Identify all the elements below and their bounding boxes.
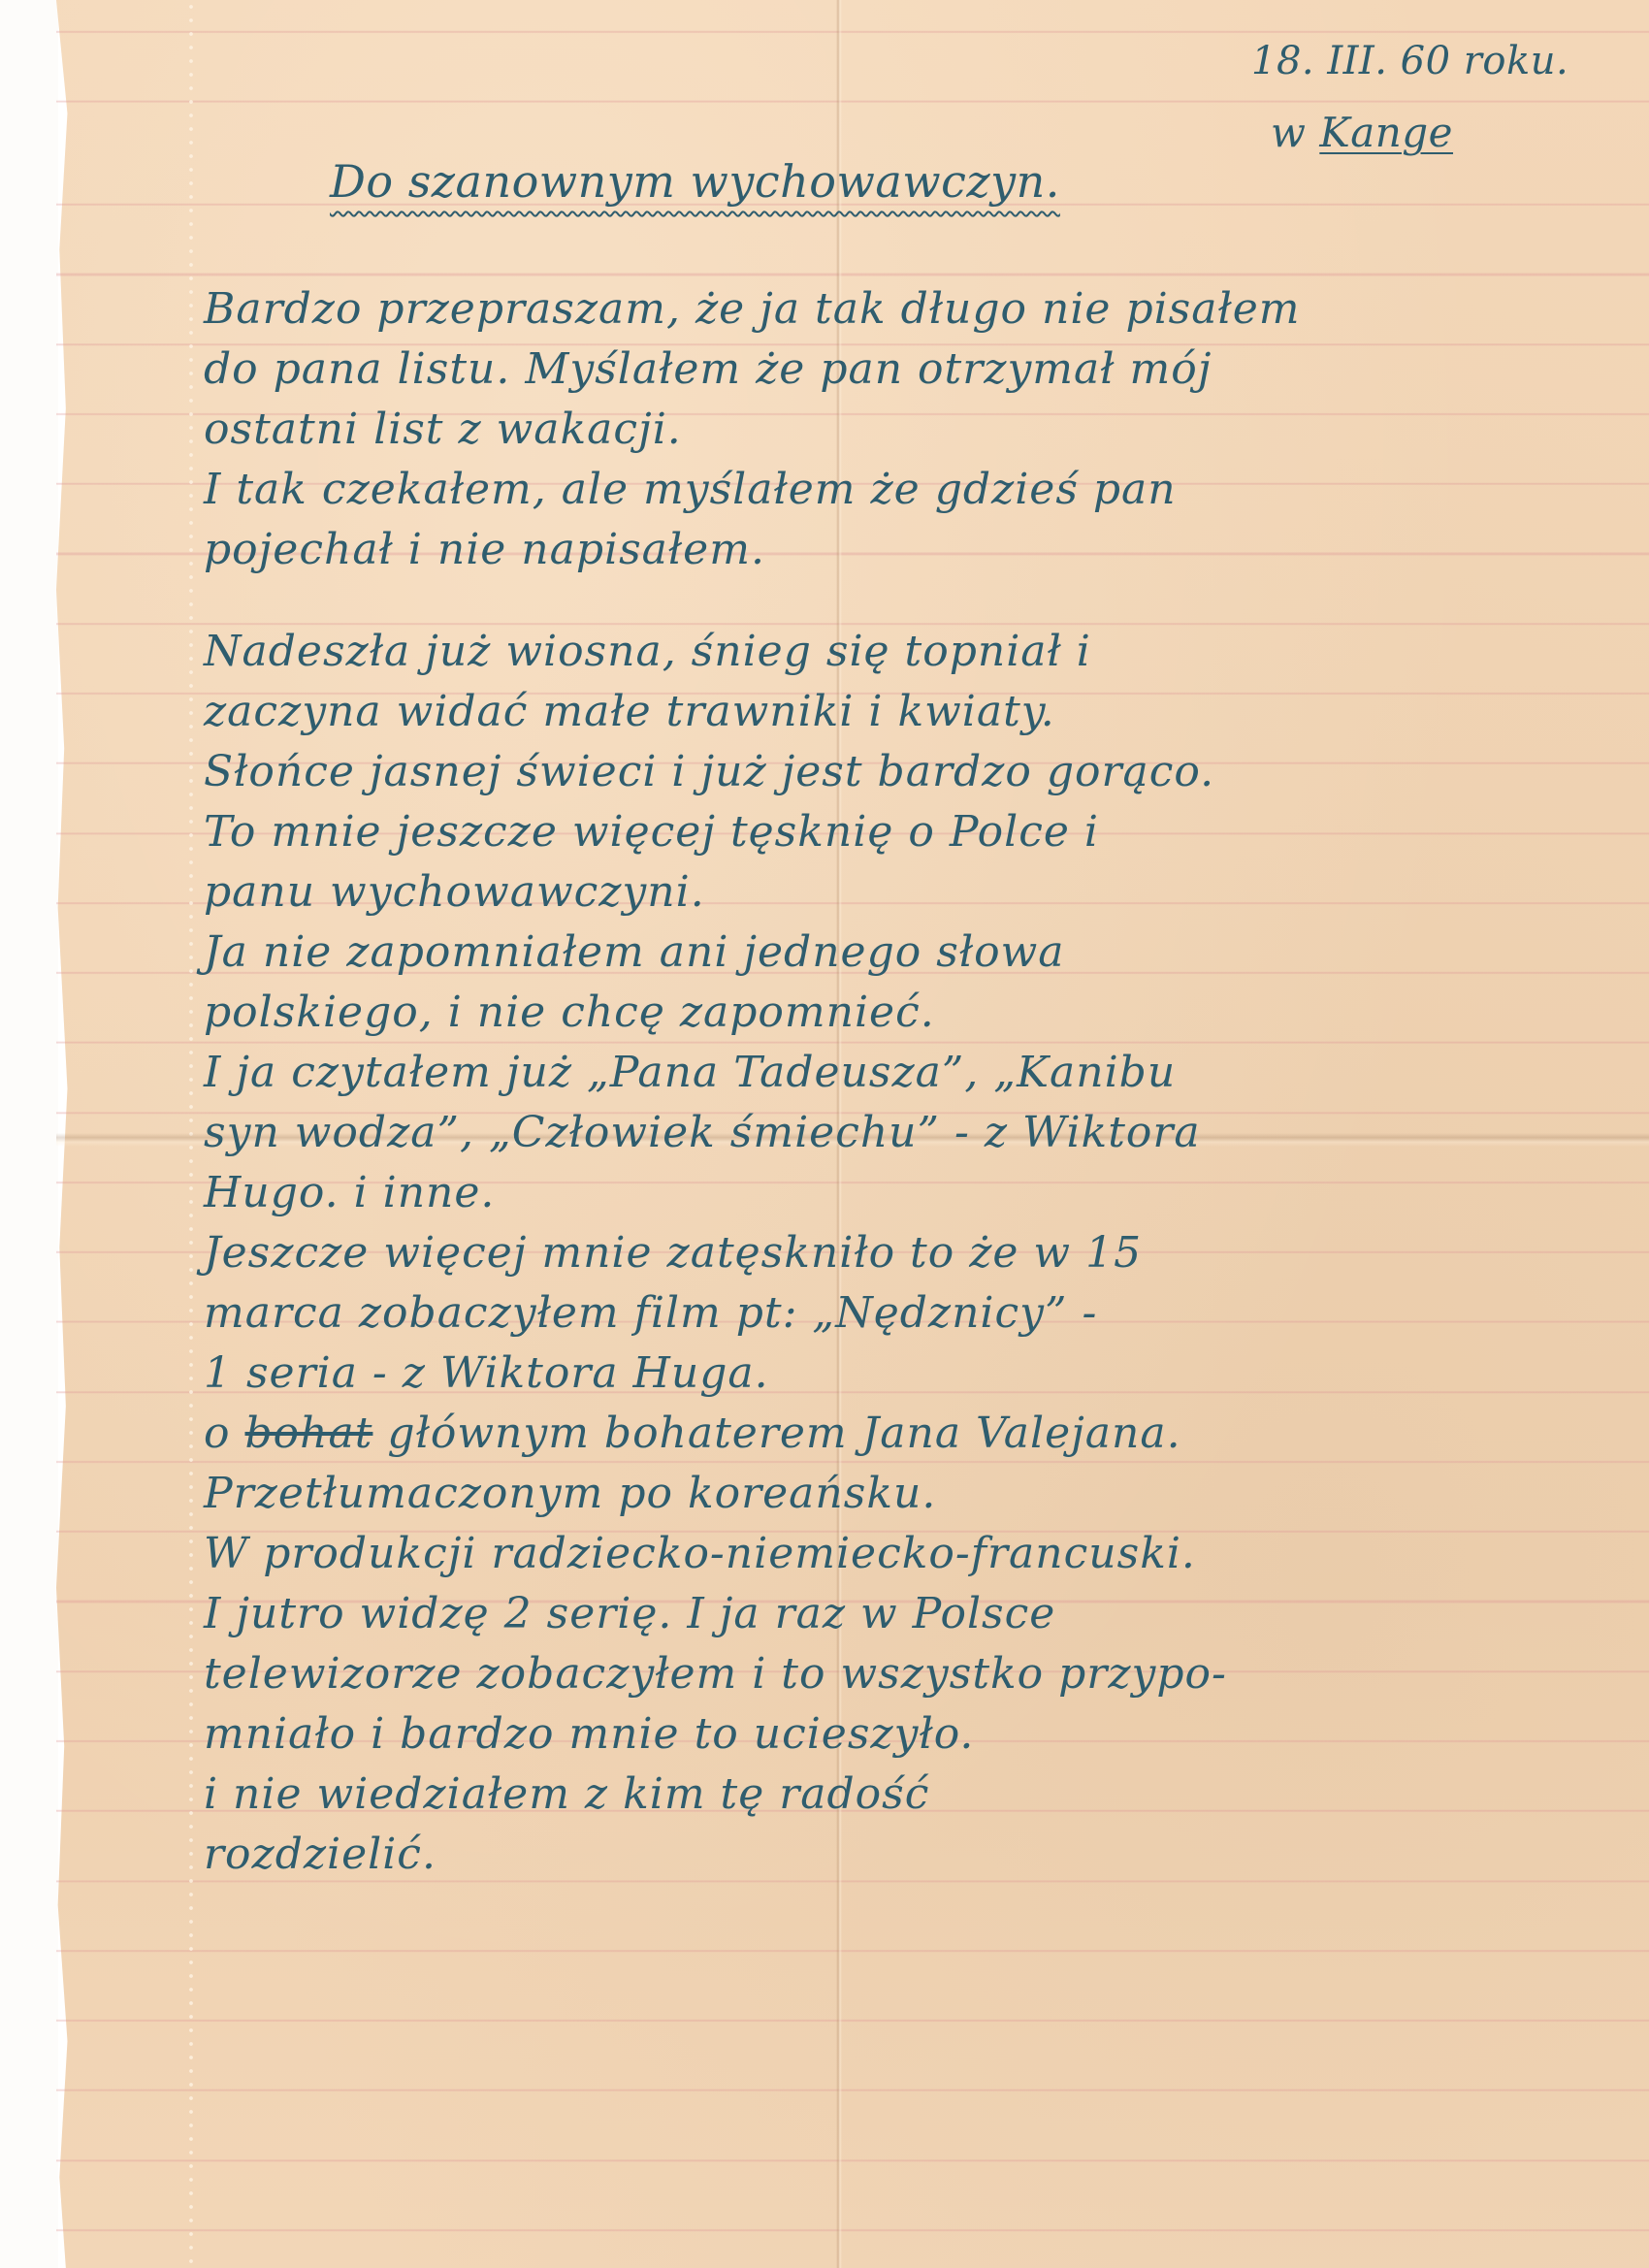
- body-line: syn wodza”, „Człowiek śmiechu” - z Wikto…: [204, 1103, 1620, 1163]
- body-line: panu wychowawczyni.: [204, 862, 1620, 923]
- body-line: pojechał i nie napisałem.: [204, 520, 1620, 622]
- body-line: Słońce jasnej świeci i już jest bardzo g…: [204, 742, 1620, 802]
- body-line: polskiego, i nie chcę zapomnieć.: [204, 983, 1620, 1043]
- body-line: Ja nie zapomniałem ani jednego słowa: [204, 923, 1620, 983]
- place-prefix: w: [1271, 109, 1306, 156]
- body-line-with-strikethrough: o bohat głównym bohaterem Jana Valejana.: [204, 1404, 1620, 1464]
- place-name: Kange: [1319, 109, 1453, 156]
- body-line: I ja czytałem już „Pana Tadeusza”, „Kani…: [204, 1043, 1620, 1103]
- body-line: telewizorze zobaczyłem i to wszystko prz…: [204, 1644, 1620, 1704]
- body-line: zaczyna widać małe trawniki i kwiaty.: [204, 682, 1620, 742]
- body-line: i nie wiedziałem z kim tę radość: [204, 1765, 1620, 1825]
- scan-background: [0, 0, 58, 2268]
- letter-date: 18. III. 60 roku.: [1251, 39, 1568, 83]
- struck-word: bohat: [245, 1409, 373, 1458]
- body-line: Przetłumaczonym po koreańsku.: [204, 1464, 1620, 1524]
- body-line: mniało i bardzo mnie to ucieszyło.: [204, 1704, 1620, 1765]
- letter-body: Bardzo przepraszam, że ja tak długo nie …: [204, 279, 1620, 1885]
- body-line: do pana listu. Myślałem że pan otrzymał …: [204, 340, 1620, 400]
- letter-place: w Kange: [1271, 109, 1453, 156]
- line-prefix: o: [204, 1409, 231, 1458]
- body-line: Hugo. i inne.: [204, 1163, 1620, 1223]
- body-line: Jeszcze więcej mnie zatęskniło to że w 1…: [204, 1223, 1620, 1283]
- letter-salutation: Do szanownym wychowawczyn.: [330, 155, 1060, 208]
- body-line: marca zobaczyłem film pt: „Nędznicy” -: [204, 1283, 1620, 1344]
- line-rest: głównym bohaterem Jana Valejana.: [372, 1409, 1180, 1458]
- body-line: Nadeszła już wiosna, śnieg się topniał i: [204, 622, 1620, 682]
- body-line: Bardzo przepraszam, że ja tak długo nie …: [204, 279, 1620, 340]
- body-line: 1 seria - z Wiktora Huga.: [204, 1344, 1620, 1404]
- body-line: W produkcji radziecko-niemiecko-francusk…: [204, 1524, 1620, 1584]
- body-line: To mnie jeszcze więcej tęsknię o Polce i: [204, 802, 1620, 862]
- body-line: I tak czekałem, ale myślałem że gdzieś p…: [204, 460, 1620, 520]
- body-line: rozdzielić.: [204, 1825, 1620, 1885]
- body-line: I jutro widzę 2 serię. I ja raz w Polsce: [204, 1584, 1620, 1644]
- body-line: ostatni list z wakacji.: [204, 400, 1620, 460]
